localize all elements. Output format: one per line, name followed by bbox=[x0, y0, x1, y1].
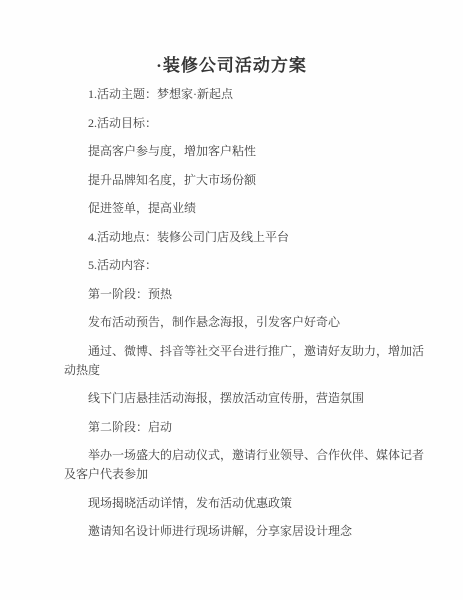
document-page-inner: ·装修公司活动方案 1.活动主题：梦想家·新起点 2.活动目标： 提高客户参与度… bbox=[0, 0, 463, 541]
paragraph-stage2-item3: 邀请知名设计师进行现场讲解，分享家居设计理念 bbox=[64, 522, 426, 541]
paragraph-stage1-item3: 线下门店悬挂活动海报，摆放活动宣传册，营造氛围 bbox=[64, 389, 426, 408]
paragraph-stage1-label: 第一阶段：预热 bbox=[64, 285, 426, 304]
paragraph-stage1-item1: 发布活动预告，制作悬念海报，引发客户好奇心 bbox=[64, 313, 426, 332]
paragraph-stage2-item2: 现场揭晓活动详情，发布活动优惠政策 bbox=[64, 494, 426, 513]
paragraph-goal-3: 促进签单，提高业绩 bbox=[64, 199, 426, 218]
paragraph-goal-1: 提高客户参与度，增加客户粘性 bbox=[64, 142, 426, 161]
paragraph-location: 4.活动地点：装修公司门店及线上平台 bbox=[64, 228, 426, 247]
document-title: ·装修公司活动方案 bbox=[0, 54, 463, 78]
document-body: 1.活动主题：梦想家·新起点 2.活动目标： 提高客户参与度，增加客户粘性 提升… bbox=[64, 85, 426, 541]
paragraph-stage2-item1: 举办一场盛大的启动仪式，邀请行业领导、合作伙伴、媒体记者及客户代表参加 bbox=[64, 446, 426, 484]
paragraph-goal-2: 提升品牌知名度，扩大市场份额 bbox=[64, 171, 426, 190]
paragraph-theme: 1.活动主题：梦想家·新起点 bbox=[64, 85, 426, 104]
paragraph-goals-label: 2.活动目标： bbox=[64, 114, 426, 133]
document-page: ·装修公司活动方案 1.活动主题：梦想家·新起点 2.活动目标： 提高客户参与度… bbox=[0, 0, 463, 600]
paragraph-content-label: 5.活动内容： bbox=[64, 256, 426, 275]
paragraph-stage2-label: 第二阶段：启动 bbox=[64, 418, 426, 437]
paragraph-stage1-item2: 通过、微博、抖音等社交平台进行推广，邀请好友助力，增加活动热度 bbox=[64, 342, 426, 380]
